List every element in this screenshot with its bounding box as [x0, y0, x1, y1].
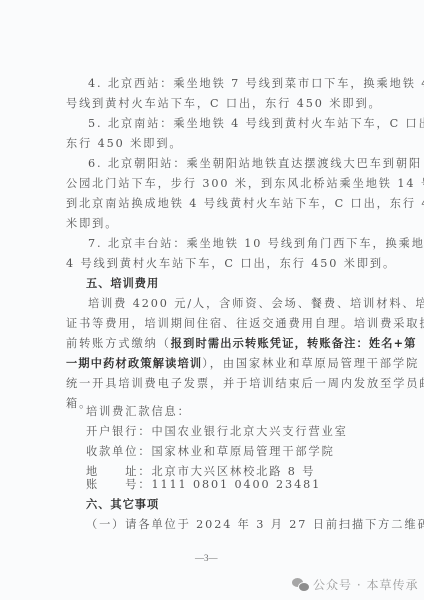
value: 中国农业银行北京大兴支行营业室 — [151, 425, 347, 438]
text-bold: 报到时需出示转账凭证，转账备注：姓名+第 — [171, 337, 417, 350]
paragraph-line: 培训费 4200 元/人，含师资、会场、餐费、培训材料、培训 — [88, 297, 358, 311]
paragraph-line: 一期中药材政策解读培训），由国家林业和草原局管理干部学院 — [66, 357, 358, 371]
paragraph-line: 前转账方式缴纳（报到时需出示转账凭证，转账备注：姓名+第 — [66, 337, 358, 351]
value: 1111 0801 0400 23481 — [151, 478, 321, 491]
label: 账 号： — [86, 478, 151, 491]
paragraph-line: 到北京南站换成地铁 4 号线黄村火车站下车，C 口出，东行 450 — [66, 197, 358, 211]
label: 开户银行： — [86, 425, 151, 438]
payment-address: 地 址：北京市大兴区林校北路 8 号 — [86, 465, 378, 479]
paragraph-line: 6. 北京朝阳站：乘坐朝阳站地铁直达摆渡线大巴车到朝阳 — [88, 157, 358, 171]
paragraph-line: （一）请各单位于 2024 年 3 月 27 日前扫描下方二维码填写 — [86, 518, 378, 532]
payment-bank: 开户银行：中国农业银行北京大兴支行营业室 — [86, 425, 378, 439]
section-heading-other: 六、其它事项 — [86, 498, 378, 512]
payment-payee: 收款单位：国家林业和草原局管理干部学院 — [86, 445, 378, 459]
section-heading-fees: 五、培训费用 — [86, 277, 378, 291]
paragraph-line: 7. 北京丰台站：乘坐地铁 10 号线到角门西下车，换乘地铁 — [88, 237, 358, 251]
payment-info-title: 培训费汇款信息： — [86, 405, 378, 419]
paragraph-line: 米即到。 — [66, 217, 358, 231]
paragraph-line: 公园北门站下车，步行 300 米，到东风北桥站乘坐地铁 14 号线 — [66, 177, 358, 191]
payment-account: 账 号：1111 0801 0400 23481 — [86, 478, 378, 492]
paragraph-line: 证书等费用，培训期间住宿、往返交通费用自理。培训费采取提 — [66, 317, 358, 331]
label: 地 址： — [86, 465, 151, 478]
label: 收款单位： — [86, 445, 151, 458]
page-number: —3— — [195, 553, 218, 563]
wechat-icon — [292, 578, 308, 591]
paragraph-line: 4 号线到黄村火车站下车，C 口出，东行 450 米即到。 — [66, 257, 358, 271]
paragraph-line: 号线到黄村火车站下车，C 口出，东行 450 米即到。 — [66, 97, 358, 111]
watermark: 公众号 · 本草传承 — [292, 576, 418, 593]
text-plain: 前转账方式缴纳（ — [66, 337, 171, 350]
text-plain: ），由国家林业和草原局管理干部学院 — [202, 357, 419, 370]
paragraph-line: 5. 北京南站：乘坐地铁 4 号线到黄村火车站下车，C 口出， — [88, 117, 358, 131]
value: 北京市大兴区林校北路 8 号 — [151, 465, 315, 478]
text-bold: 一期中药材政策解读培训 — [66, 357, 202, 370]
paragraph-line: 统一开具培训费电子发票，并于培训结束后一周内发放至学员邮 — [66, 377, 358, 391]
paragraph-line: 4. 北京西站：乘坐地铁 7 号线到菜市口下车，换乘地铁 4 — [88, 77, 358, 91]
document-page: 4. 北京西站：乘坐地铁 7 号线到菜市口下车，换乘地铁 4 号线到黄村火车站下… — [0, 0, 424, 600]
value: 国家林业和草原局管理干部学院 — [151, 445, 334, 458]
watermark-text: 公众号 · 本草传承 — [313, 576, 418, 593]
paragraph-line: 东行 450 米即到。 — [66, 137, 358, 151]
